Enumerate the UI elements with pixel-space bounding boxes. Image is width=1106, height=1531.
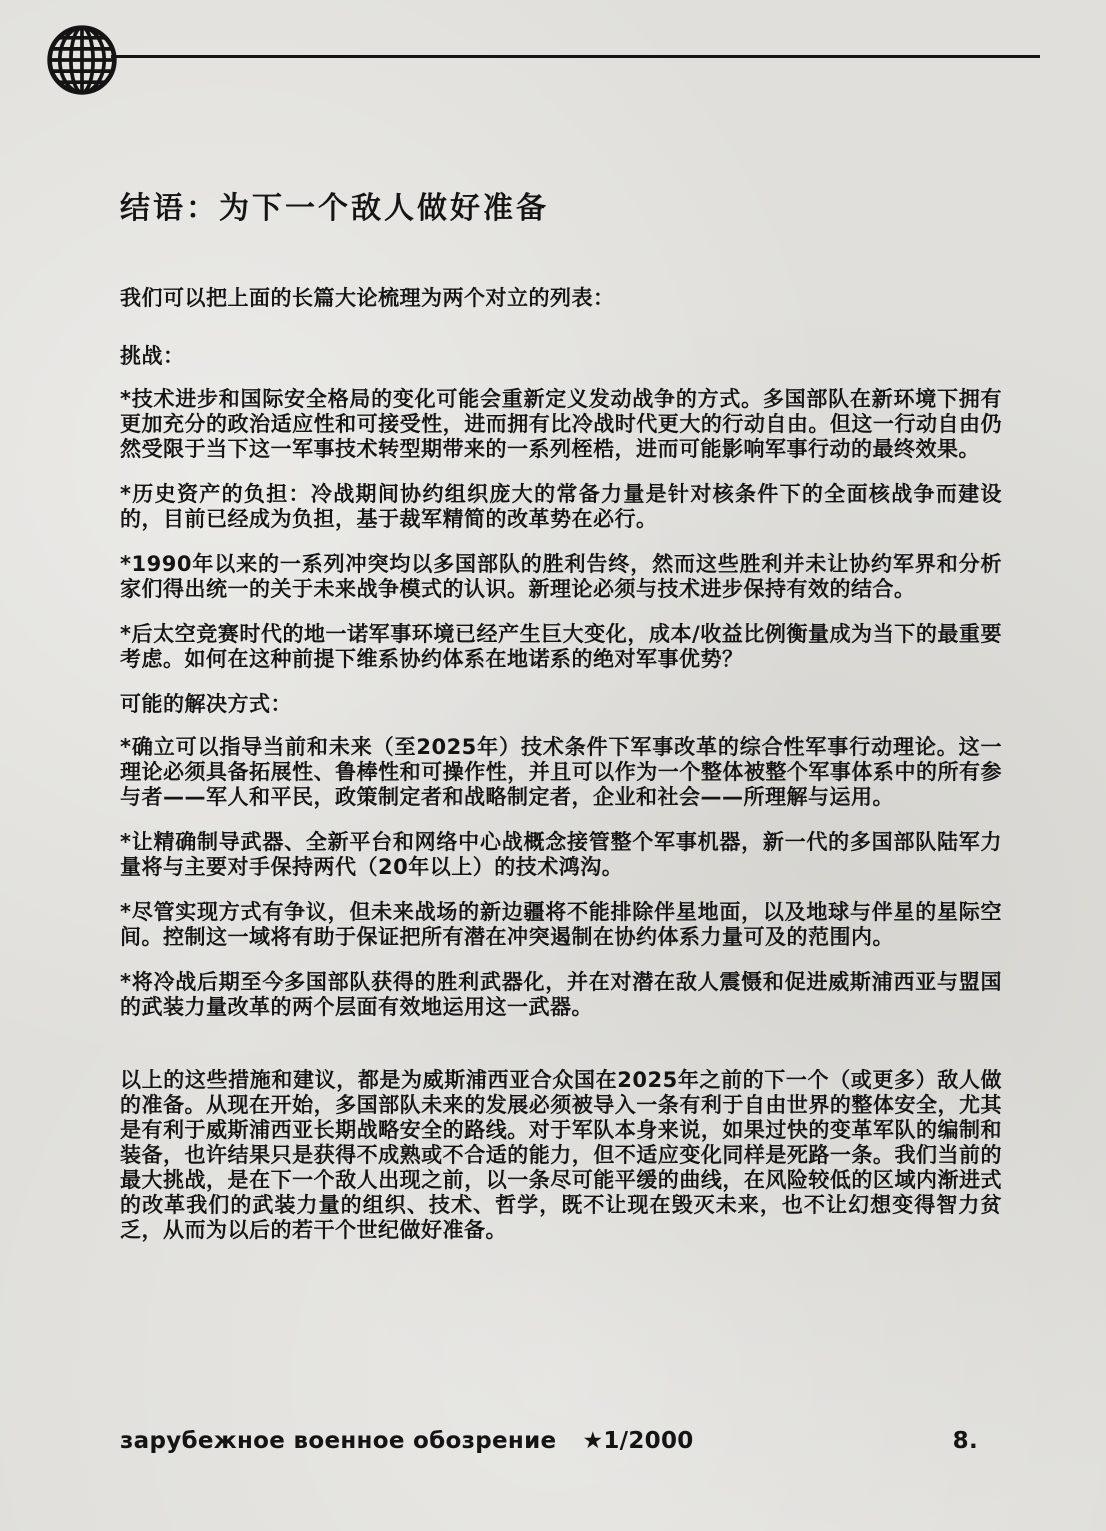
challenge-item: *技术进步和国际安全格局的变化可能会重新定义发动战争的方式。多国部队在新环境下拥… [120,387,1002,462]
section-heading-solutions: 可能的解决方式： [120,692,1002,717]
challenge-item: *1990年以来的一系列冲突均以多国部队的胜利告终，然而这些胜利并未让协约军界和… [120,552,1002,602]
page-footer: зарубежное военное обозрение ★1/2000 8. [120,1428,978,1454]
journal-name: зарубежное военное обозрение [120,1428,556,1454]
intro-paragraph: 我们可以把上面的长篇大论梳理为两个对立的列表： [120,286,1002,311]
page-number: 8. [953,1428,978,1454]
solution-item: *确立可以指导当前和未来（至2025年）技术条件下军事改革的综合性军事行动理论。… [120,735,1002,810]
challenge-item: *后太空竞赛时代的地一诺军事环境已经产生巨大变化，成本/收益比例衡量成为当下的最… [120,622,1002,672]
page-title: 结语：为下一个敌人做好准备 [120,183,549,227]
page-header [45,20,1040,100]
header-divider [111,55,1040,58]
solution-item: *尽管实现方式有争议，但未来战场的新边疆将不能排除伴星地面，以及地球与伴星的星际… [120,900,1002,950]
issue-number: ★1/2000 [582,1428,693,1454]
challenge-item: *历史资产的负担：冷战期间协约组织庞大的常备力量是针对核条件下的全面核战争而建设… [120,482,1002,532]
solution-item: *将冷战后期至今多国部队获得的胜利武器化，并在对潜在敌人震慑和促进威斯浦西亚与盟… [120,970,1002,1020]
closing-paragraph: 以上的这些措施和建议，都是为威斯浦西亚合众国在2025年之前的下一个（或更多）敌… [120,1068,1002,1243]
solution-item: *让精确制导武器、全新平台和网络中心战概念接管整个军事机器，新一代的多国部队陆军… [120,830,1002,880]
article-body: 我们可以把上面的长篇大论梳理为两个对立的列表： 挑战： *技术进步和国际安全格局… [120,286,1002,1263]
journal-line: зарубежное военное обозрение ★1/2000 [120,1428,694,1454]
section-heading-challenges: 挑战： [120,344,1002,369]
globe-icon [45,20,119,100]
document-page: 结语：为下一个敌人做好准备 我们可以把上面的长篇大论梳理为两个对立的列表： 挑战… [0,0,1106,1531]
